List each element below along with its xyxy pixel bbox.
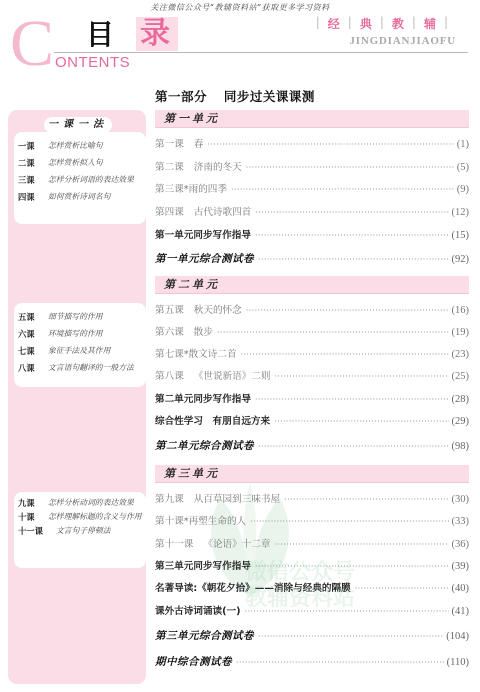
page-number: (25) [452, 371, 470, 383]
brand-separator: | [348, 15, 352, 32]
page-number: (1) [457, 139, 469, 151]
sidebar-item[interactable]: 十一课文言句子停顿法 [18, 526, 142, 536]
leader-dots [284, 494, 448, 506]
unit-header-2: 第二单元 [155, 276, 469, 294]
toc-entry[interactable]: 第三课*雨的四季 (9) [155, 184, 469, 196]
brand-char: 经 [328, 15, 340, 32]
toc-entry-test[interactable]: 期中综合测试卷 (110) [155, 656, 469, 669]
page-number: (29) [452, 416, 470, 428]
title-char-mu: 目 [86, 18, 114, 52]
sidebar-item[interactable]: 六课环境描写的作用 [18, 329, 142, 339]
toc-entry[interactable]: 第八课《世说新语》二则 (25) [155, 371, 469, 383]
toc-entry-test[interactable]: 第二单元综合测试卷 (98) [155, 440, 469, 453]
leader-dots [274, 416, 448, 428]
leader-dots [255, 561, 449, 573]
leader-dots [258, 631, 443, 643]
brand-char: 典 [360, 15, 372, 32]
page-number: (12) [452, 207, 470, 219]
sidebar-item[interactable]: 八课文言语句翻译的一般方法 [18, 363, 142, 373]
page-number: (41) [452, 606, 470, 618]
toc-entry[interactable]: 第四课古代诗歌四首 (12) [155, 207, 469, 219]
brand-char: 辅 [424, 15, 436, 32]
page-number: (15) [452, 230, 470, 242]
toc-entry[interactable]: 第三单元同步写作指导 (39) [155, 561, 469, 573]
page-number: (98) [452, 441, 470, 453]
title-char-lu: 录 [140, 16, 170, 52]
brand-separator: | [316, 15, 320, 32]
sidebar-method-panel: 一课一法 一课怎样赏析比喻句 二课怎样赏析拟人句 三课怎样分析词语的表达效果 四… [8, 110, 146, 684]
part-title: 第一部分 同步过关课课测 [155, 87, 315, 105]
logo-letter-c: C [10, 14, 54, 74]
leader-dots [255, 394, 449, 406]
sidebar-group-1: 一课怎样赏析比喻句 二课怎样赏析拟人句 三课怎样分析词语的表达效果 四课如何赏析… [14, 132, 146, 224]
toc-entry[interactable]: 第六课散步 (19) [155, 327, 469, 339]
page-number: (33) [452, 516, 470, 528]
page-number: (28) [452, 394, 470, 406]
logo-word-contents: ONTENTS [55, 54, 130, 71]
toc-entry-test[interactable]: 第三单元综合测试卷 (104) [155, 630, 469, 643]
leader-dots [250, 516, 448, 528]
leader-dots [258, 254, 449, 266]
leader-dots [255, 207, 448, 219]
top-notice: 关注微信公众号“教辅资料站”获取更多学习资料 [0, 2, 480, 13]
sidebar-item[interactable]: 七课象征手法及其作用 [18, 346, 142, 356]
page-number: (19) [452, 327, 470, 339]
leader-dots [275, 371, 449, 383]
sidebar-item[interactable]: 十课怎样理解标题的含义与作用 [18, 512, 142, 522]
toc-entry[interactable]: 第一单元同步写作指导 (15) [155, 230, 469, 242]
sidebar-item[interactable]: 四课如何赏析诗词名句 [18, 192, 142, 202]
page-number: (9) [457, 184, 469, 196]
toc-entry-test[interactable]: 第一单元综合测试卷 (92) [155, 253, 469, 266]
toc-entry[interactable]: 第一课春 (1) [155, 139, 469, 151]
brand-separator: | [444, 15, 448, 32]
sidebar-title: 一课一法 [44, 117, 112, 133]
toc-entry[interactable]: 第五课秋天的怀念 (16) [155, 305, 469, 317]
leader-dots [217, 327, 449, 339]
brand-separator: | [412, 15, 416, 32]
leader-dots [255, 230, 449, 242]
leader-dots [275, 539, 449, 551]
page-number: (23) [452, 349, 470, 361]
toc-entry[interactable]: 第九课从百草园到三味书屋 (30) [155, 494, 469, 506]
page-number: (36) [452, 539, 470, 551]
toc-entry[interactable]: 课外古诗词诵读(一) (41) [155, 606, 469, 618]
part-number: 第一部分 [155, 89, 207, 104]
leader-dots [258, 441, 449, 453]
sidebar-item[interactable]: 一课怎样赏析比喻句 [18, 141, 142, 151]
sidebar-item[interactable]: 五课细节描写的作用 [18, 312, 142, 322]
toc-entry[interactable]: 名著导读:《朝花夕拾》——消除与经典的隔膜 (40) [155, 583, 469, 595]
leader-dots [355, 583, 449, 595]
sidebar-group-2: 五课细节描写的作用 六课环境描写的作用 七课象征手法及其作用 八课文言语句翻译的… [14, 303, 146, 387]
leader-dots [245, 606, 449, 618]
page-number: (104) [446, 631, 469, 643]
page-number: (40) [452, 583, 470, 595]
header-divider [54, 52, 468, 53]
sidebar-item[interactable]: 三课怎样分析词语的表达效果 [18, 175, 142, 185]
page-number: (110) [447, 657, 469, 669]
leader-dots [236, 657, 444, 669]
leader-dots [246, 305, 449, 317]
sidebar-item[interactable]: 九课怎样分析动词的表达效果 [18, 498, 142, 508]
brand-series: | 经 | 典 | 教 | 辅 | [308, 15, 456, 32]
brand-char: 教 [392, 15, 404, 32]
unit-header-3: 第三单元 [155, 465, 469, 483]
sidebar-item[interactable]: 二课怎样赏析拟人句 [18, 158, 142, 168]
part-name: 同步过关课课测 [224, 89, 315, 104]
page-number: (16) [452, 305, 470, 317]
page-number: (39) [452, 561, 470, 573]
page-number: (92) [452, 254, 470, 266]
leader-dots [246, 162, 454, 174]
page-number: (5) [457, 162, 469, 174]
toc-entry[interactable]: 第十一课《论语》十二章 (36) [155, 539, 469, 551]
leader-dots [207, 139, 453, 151]
brand-separator: | [380, 15, 384, 32]
brand-pinyin: JINGDIANJIAOFU [349, 35, 456, 47]
toc-entry[interactable]: 综合性学习 有朋自远方来 (29) [155, 416, 469, 428]
toc-entry[interactable]: 第二课济南的冬天 (5) [155, 162, 469, 174]
sidebar-group-3: 九课怎样分析动词的表达效果 十课怎样理解标题的含义与作用 十一课文言句子停顿法 [14, 492, 146, 568]
leader-dots [231, 184, 454, 196]
leader-dots [241, 349, 449, 361]
toc-entry[interactable]: 第十课*再塑生命的人 (33) [155, 516, 469, 528]
page-number: (30) [452, 494, 470, 506]
toc-entry[interactable]: 第二单元同步写作指导 (28) [155, 394, 469, 406]
unit-header-1: 第一单元 [155, 110, 469, 128]
toc-entry[interactable]: 第七课*散文诗二首 (23) [155, 349, 469, 361]
